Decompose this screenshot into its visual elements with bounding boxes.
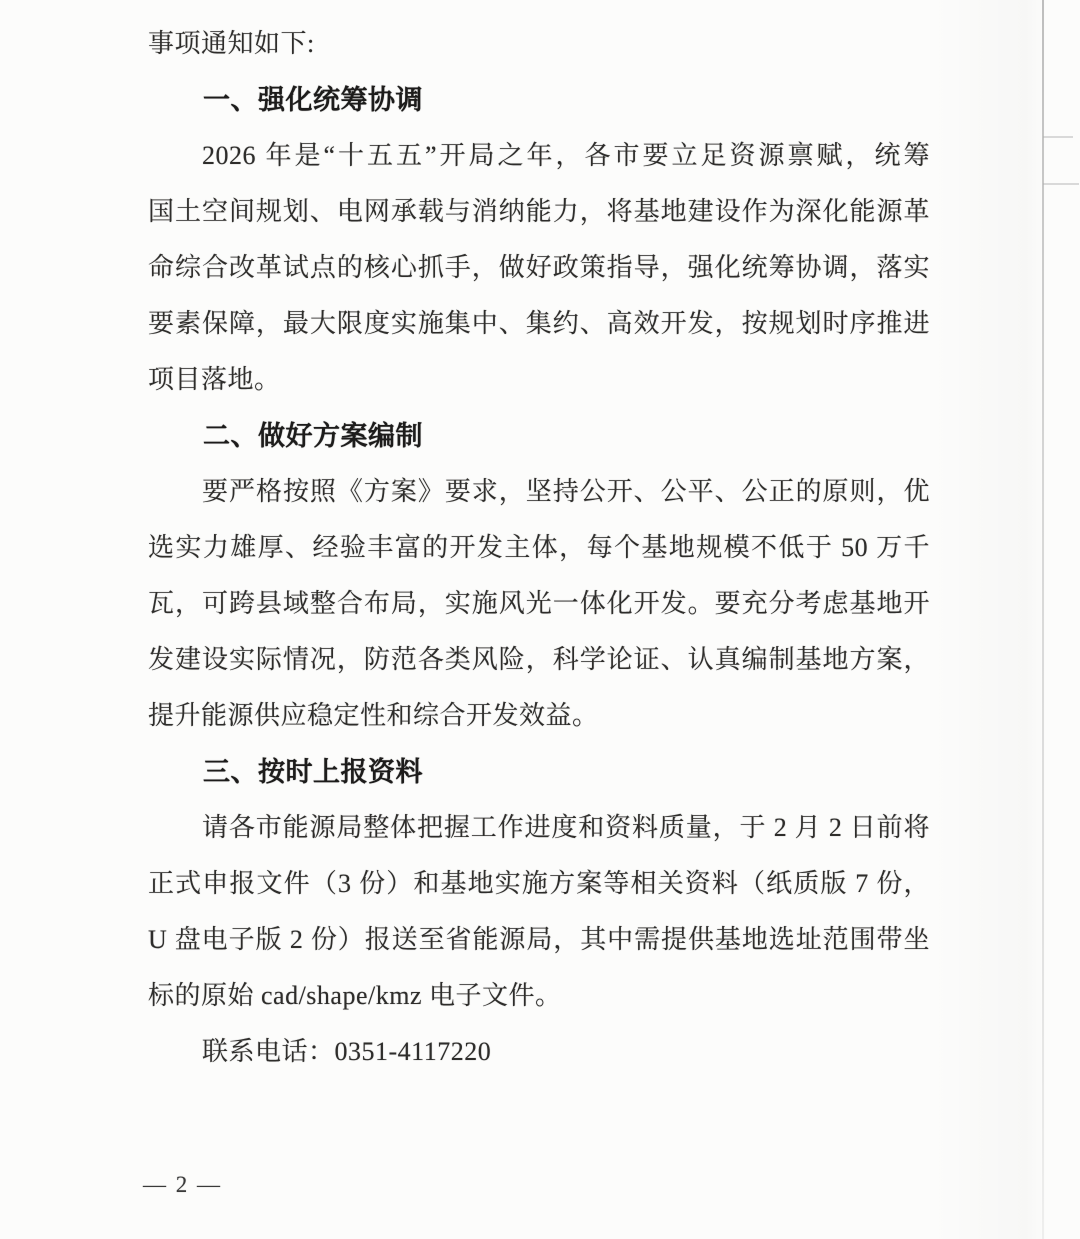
body-line: 正式申报文件（3 份）和基地实施方案等相关资料（纸质版 7 份， [148,856,930,912]
section-heading: 三、按时上报资料 [148,744,930,800]
scan-tick-artifact [1043,136,1073,138]
intro-line: 事项通知如下: [148,16,930,72]
scan-tick-artifact [1043,183,1079,185]
document-body: 事项通知如下: 一、强化统筹协调2026 年是“十五五”开局之年，各市要立足资源… [148,16,930,1080]
body-line: 瓦，可跨县域整合布局，实施风光一体化开发。要充分考虑基地开 [148,576,930,632]
section-heading: 二、做好方案编制 [148,408,930,464]
body-line: 要素保障，最大限度实施集中、集约、高效开发，按规划时序推进 [148,296,930,352]
body-line: 发建设实际情况，防范各类风险，科学论证、认真编制基地方案， [148,632,930,688]
body-line: 项目落地。 [148,352,930,408]
body-line: 提升能源供应稳定性和综合开发效益。 [148,688,930,744]
scanned-document-page: 事项通知如下: 一、强化统筹协调2026 年是“十五五”开局之年，各市要立足资源… [0,0,1080,1239]
body-line: 联系电话：0351-4117220 [148,1024,930,1080]
scan-edge-line-artifact [1042,0,1044,1239]
page-number: — 2 — [143,1172,222,1198]
body-line: 请各市能源局整体把握工作进度和资料质量，于 2 月 2 日前将 [148,800,930,856]
section-heading: 一、强化统筹协调 [148,72,930,128]
body-line: 选实力雄厚、经验丰富的开发主体，每个基地规模不低于 50 万千 [148,520,930,576]
body-line: 要严格按照《方案》要求，坚持公开、公平、公正的原则，优 [148,464,930,520]
body-line: 国土空间规划、电网承载与消纳能力，将基地建设作为深化能源革 [148,184,930,240]
body-line: 2026 年是“十五五”开局之年，各市要立足资源禀赋，统筹 [148,128,930,184]
body-line: 命综合改革试点的核心抓手，做好政策指导，强化统筹协调，落实 [148,240,930,296]
body-line: U 盘电子版 2 份）报送至省能源局，其中需提供基地选址范围带坐 [148,912,930,968]
sections-container: 一、强化统筹协调2026 年是“十五五”开局之年，各市要立足资源禀赋，统筹国土空… [148,72,930,1080]
body-line: 标的原始 cad/shape/kmz 电子文件。 [148,968,930,1024]
